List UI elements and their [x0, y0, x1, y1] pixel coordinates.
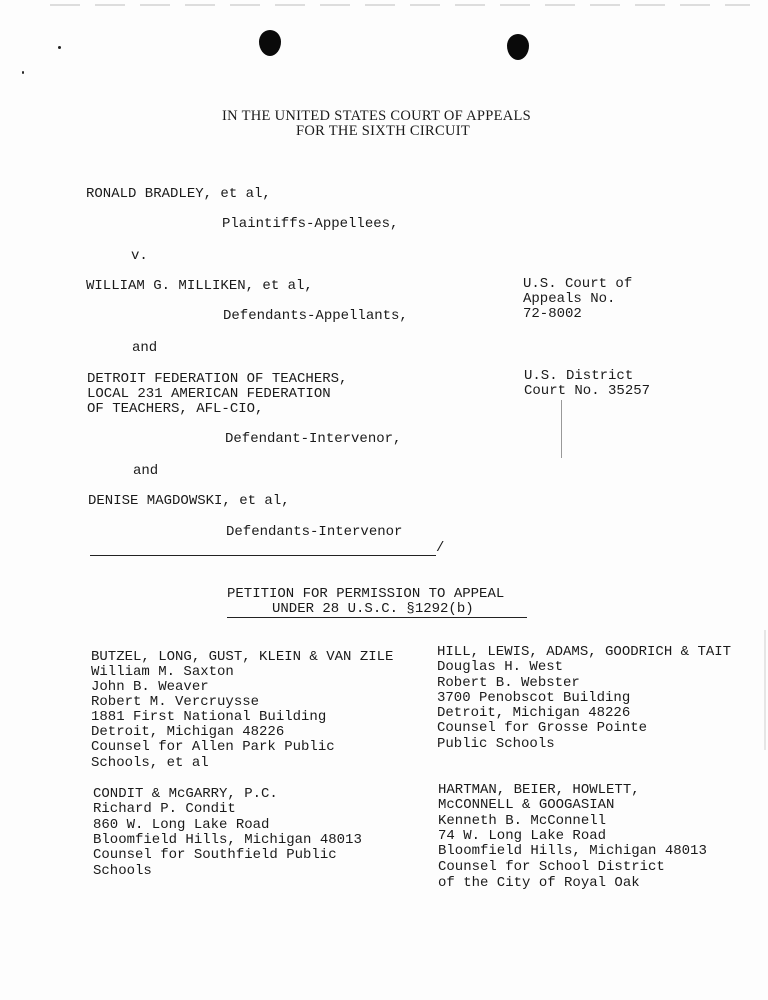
party3-name-line1: DETROIT FEDERATION OF TEACHERS,	[87, 372, 347, 387]
counsel-line: of the City of Royal Oak	[438, 876, 640, 891]
counsel-line: 74 W. Long Lake Road	[438, 829, 606, 844]
document-title-line2: UNDER 28 U.S.C. §1292(b)	[272, 602, 474, 617]
counsel-line: Robert B. Webster	[437, 676, 580, 691]
counsel-line: BUTZEL, LONG, GUST, KLEIN & VAN ZILE	[91, 650, 393, 665]
scan-artifact-line	[561, 400, 562, 458]
caption-close-mark: /	[436, 541, 444, 556]
counsel-line: HILL, LEWIS, ADAMS, GOODRICH & TAIT	[437, 645, 731, 660]
counsel-line: Counsel for School District	[438, 860, 665, 875]
counsel-line: Schools, et al	[91, 756, 209, 771]
counsel-line: Detroit, Michigan 48226	[437, 706, 630, 721]
versus: v.	[131, 249, 148, 264]
counsel-line: Bloomfield Hills, Michigan 48013	[438, 844, 707, 859]
court-heading-line2: FOR THE SIXTH CIRCUIT	[296, 124, 470, 139]
scan-speck	[22, 71, 24, 74]
counsel-line: Bloomfield Hills, Michigan 48013	[93, 833, 362, 848]
appeals-number-line2: Appeals No.	[523, 292, 615, 307]
counsel-line: Kenneth B. McConnell	[438, 814, 606, 829]
party1-name: RONALD BRADLEY, et al,	[86, 187, 271, 202]
document-page: IN THE UNITED STATES COURT OF APPEALS FO…	[0, 0, 768, 1000]
district-number-line2: Court No. 35257	[524, 384, 650, 399]
party3-name-line3: OF TEACHERS, AFL-CIO,	[87, 402, 263, 417]
counsel-line: Detroit, Michigan 48226	[91, 725, 284, 740]
party4-name: DENISE MAGDOWSKI, et al,	[88, 494, 290, 509]
district-number-line1: U.S. District	[524, 369, 633, 384]
appeals-number-line3: 72-8002	[523, 307, 582, 322]
counsel-line: Counsel for Grosse Pointe	[437, 721, 647, 736]
party2-role: Defendants-Appellants,	[223, 309, 408, 324]
counsel-line: Douglas H. West	[437, 660, 563, 675]
title-underline	[227, 617, 527, 618]
and-1: and	[132, 341, 157, 356]
document-title-line1: PETITION FOR PERMISSION TO APPEAL	[227, 587, 504, 602]
counsel-line: Schools	[93, 864, 152, 879]
caption-rule	[90, 555, 436, 556]
appeals-number-line1: U.S. Court of	[523, 277, 632, 292]
party3-role: Defendant-Intervenor,	[225, 432, 401, 447]
counsel-line: HARTMAN, BEIER, HOWLETT,	[438, 783, 640, 798]
punch-hole-left	[259, 30, 281, 56]
counsel-line: 3700 Penobscot Building	[437, 691, 630, 706]
party1-role: Plaintiffs-Appellees,	[222, 217, 398, 232]
counsel-line: Counsel for Allen Park Public	[91, 740, 335, 755]
counsel-line: Counsel for Southfield Public	[93, 848, 337, 863]
counsel-line: McCONNELL & GOOGASIAN	[438, 798, 614, 813]
scan-edge	[764, 630, 766, 750]
counsel-line: Public Schools	[437, 737, 555, 752]
counsel-line: Robert M. Vercruysse	[91, 695, 259, 710]
counsel-line: 860 W. Long Lake Road	[93, 818, 269, 833]
scan-speck	[58, 46, 61, 49]
counsel-line: 1881 First National Building	[91, 710, 326, 725]
party2-name: WILLIAM G. MILLIKEN, et al,	[86, 279, 313, 294]
counsel-line: John B. Weaver	[91, 680, 209, 695]
scan-artifact-top	[50, 4, 750, 6]
party4-role: Defendants-Intervenor	[226, 525, 402, 540]
counsel-line: William M. Saxton	[91, 665, 234, 680]
counsel-line: CONDIT & McGARRY, P.C.	[93, 787, 278, 802]
party3-name-line2: LOCAL 231 AMERICAN FEDERATION	[87, 387, 331, 402]
and-2: and	[133, 464, 158, 479]
court-heading-line1: IN THE UNITED STATES COURT OF APPEALS	[222, 109, 531, 124]
punch-hole-right	[507, 34, 529, 60]
counsel-line: Richard P. Condit	[93, 802, 236, 817]
